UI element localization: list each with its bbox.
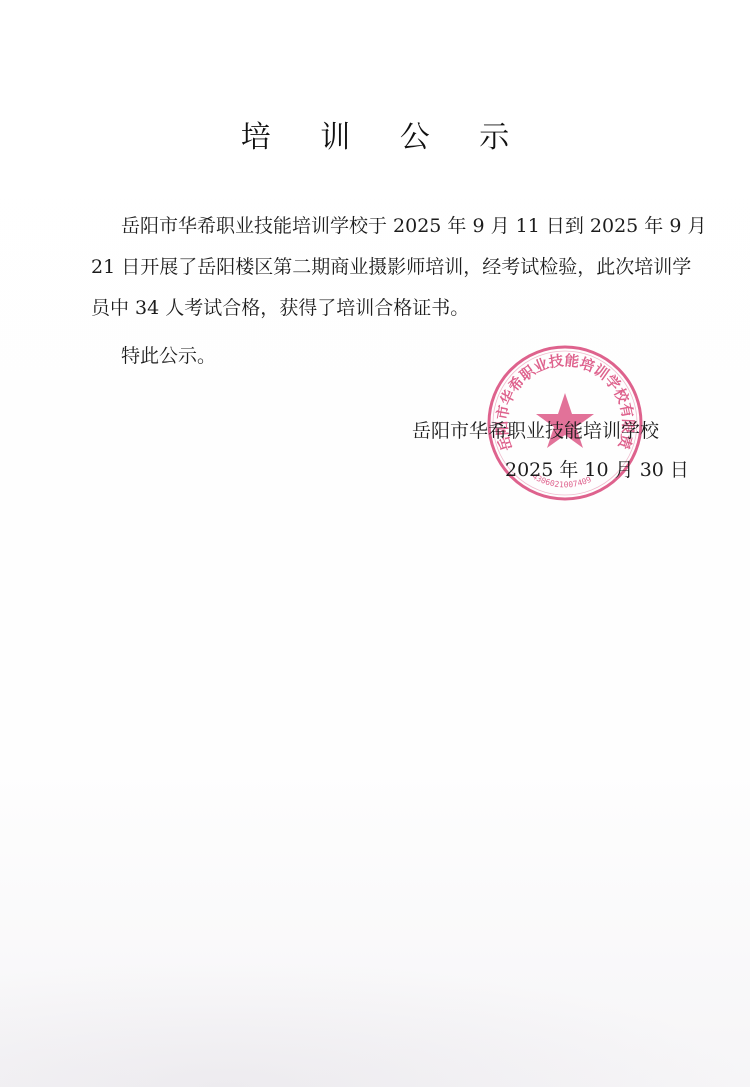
document-page: 培 训 公 示 岳阳市华希职业技能培训学校于 2025 年 9 月 11 日到 … <box>0 0 750 1087</box>
signing-organization: 岳阳市华希职业技能培训学校 <box>412 416 659 446</box>
closing-statement: 特此公示。 <box>121 336 216 377</box>
paragraph-line-1: 岳阳市华希职业技能培训学校于 2025 年 9 月 11 日到 2025 年 9… <box>121 206 691 247</box>
signing-date: 2025 年 10 月 30 日 <box>505 455 689 485</box>
scan-texture <box>0 960 750 1087</box>
paragraph-line-2: 21 日开展了岳阳楼区第二期商业摄影师培训，经考试检验，此次培训学 <box>91 247 691 288</box>
announcement-paragraph: 岳阳市华希职业技能培训学校于 2025 年 9 月 11 日到 2025 年 9… <box>121 206 691 329</box>
document-title: 培 训 公 示 <box>0 112 750 156</box>
paragraph-line-3: 员中 34 人考试合格，获得了培训合格证书。 <box>91 288 691 329</box>
